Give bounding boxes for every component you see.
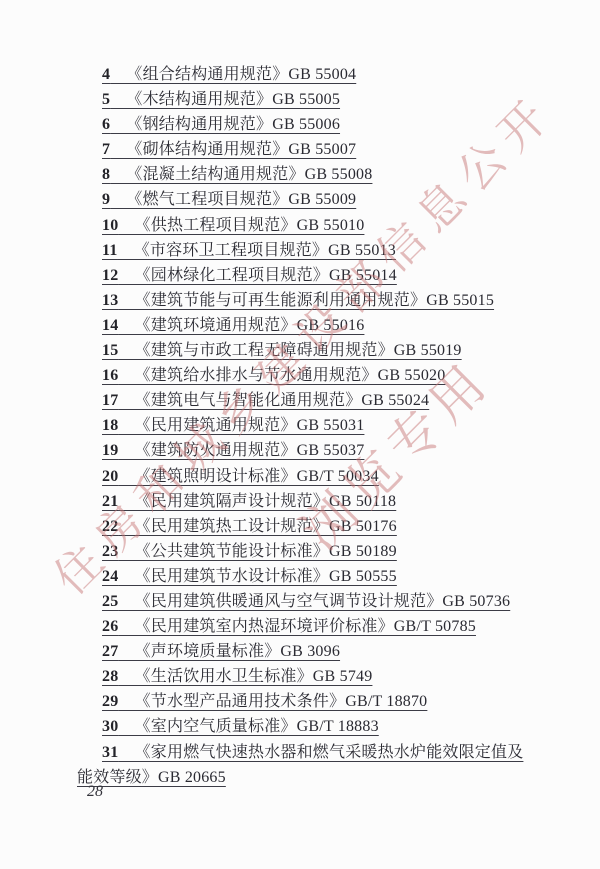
item-number: 12 [102, 267, 118, 284]
list-item: 22 《民用建筑热工设计规范》GB 50176 [77, 514, 529, 539]
list-item-line: 28 《生活饮用水卫生标准》GB 5749 [102, 668, 372, 685]
item-text: 《民用建筑节水设计标准》GB 50555 [118, 568, 396, 585]
item-text: 《民用建筑通用规范》GB 55031 [118, 417, 364, 434]
list-item-line: 14 《建筑环境通用规范》GB 55016 [102, 317, 364, 334]
item-text: 《民用建筑热工设计规范》GB 50176 [118, 518, 396, 535]
list-item-line: 29 《节水型产品通用技术条件》GB/T 18870 [102, 693, 427, 710]
list-item-line: 31 《家用燃气快速热水器和燃气采暖热水炉能效限定值及能效等级》GB 20665 [77, 744, 523, 786]
item-number: 17 [102, 392, 118, 409]
item-number: 25 [102, 593, 118, 610]
list-item: 10 《供热工程项目规范》GB 55010 [77, 213, 529, 238]
list-item: 30 《室内空气质量标准》GB/T 18883 [77, 714, 529, 739]
item-text: 《民用建筑隔声设计规范》GB 50118 [118, 493, 396, 510]
list-item: 16 《建筑给水排水与节水通用规范》GB 55020 [77, 363, 529, 388]
list-item: 27 《声环境质量标准》GB 3096 [77, 639, 529, 664]
list-item: 4 《组合结构通用规范》GB 55004 [77, 62, 529, 87]
item-number: 22 [102, 518, 118, 535]
list-item: 29 《节水型产品通用技术条件》GB/T 18870 [77, 689, 529, 714]
list-item: 28 《生活饮用水卫生标准》GB 5749 [77, 664, 529, 689]
item-text: 《节水型产品通用技术条件》GB/T 18870 [118, 693, 427, 710]
list-item-line: 18 《民用建筑通用规范》GB 55031 [102, 417, 364, 434]
item-text: 《建筑电气与智能化通用规范》GB 55024 [118, 392, 429, 409]
item-text: 《建筑给水排水与节水通用规范》GB 55020 [118, 367, 445, 384]
item-text: 《建筑环境通用规范》GB 55016 [118, 317, 364, 334]
list-item-line: 23 《公共建筑节能设计标准》GB 50189 [102, 543, 397, 560]
item-number: 7 [102, 141, 110, 158]
list-item-line: 7 《砌体结构通用规范》GB 55007 [102, 141, 356, 158]
list-item: 17 《建筑电气与智能化通用规范》GB 55024 [77, 388, 529, 413]
item-number: 11 [102, 242, 118, 259]
item-text: 《建筑照明设计标准》GB/T 50034 [118, 468, 378, 485]
list-item: 26 《民用建筑室内热湿环境评价标准》GB/T 50785 [77, 614, 529, 639]
list-item: 14 《建筑环境通用规范》GB 55016 [77, 313, 529, 338]
item-text: 《生活饮用水卫生标准》GB 5749 [118, 668, 372, 685]
list-item-line: 4 《组合结构通用规范》GB 55004 [102, 66, 356, 83]
list-item: 13 《建筑节能与可再生能源利用通用规范》GB 55015 [77, 288, 529, 313]
item-number: 14 [102, 317, 118, 334]
item-text: 《燃气工程项目规范》GB 55009 [110, 191, 356, 208]
item-number: 10 [102, 217, 118, 234]
item-text: 《钢结构通用规范》GB 55006 [110, 116, 340, 133]
item-text: 《砌体结构通用规范》GB 55007 [110, 141, 356, 158]
list-item: 20 《建筑照明设计标准》GB/T 50034 [77, 464, 529, 489]
item-number: 29 [102, 693, 118, 710]
item-number: 21 [102, 493, 118, 510]
item-number: 8 [102, 166, 110, 183]
item-text: 《家用燃气快速热水器和燃气采暖热水炉能效限定值及能效等级》GB 20665 [77, 744, 523, 786]
item-number: 23 [102, 543, 118, 560]
item-number: 16 [102, 367, 118, 384]
list-item: 11 《市容环卫工程项目规范》GB 55013 [77, 238, 529, 263]
item-text: 《民用建筑供暖通风与空气调节设计规范》GB 50736 [118, 593, 510, 610]
item-number: 28 [102, 668, 118, 685]
standards-list: 4 《组合结构通用规范》GB 550045 《木结构通用规范》GB 550056… [77, 62, 529, 790]
item-number: 13 [102, 292, 118, 309]
list-item-line: 10 《供热工程项目规范》GB 55010 [102, 217, 364, 234]
item-text: 《民用建筑室内热湿环境评价标准》GB/T 50785 [118, 618, 476, 635]
list-item-line: 8 《混凝土结构通用规范》GB 55008 [102, 166, 372, 183]
list-item-line: 6 《钢结构通用规范》GB 55006 [102, 116, 340, 133]
list-item: 5 《木结构通用规范》GB 55005 [77, 87, 529, 112]
list-item-line: 26 《民用建筑室内热湿环境评价标准》GB/T 50785 [102, 618, 476, 635]
item-number: 24 [102, 568, 118, 585]
item-text: 《组合结构通用规范》GB 55004 [110, 66, 356, 83]
list-item-line: 20 《建筑照明设计标准》GB/T 50034 [102, 468, 379, 485]
list-item-line: 17 《建筑电气与智能化通用规范》GB 55024 [102, 392, 429, 409]
list-item-line: 22 《民用建筑热工设计规范》GB 50176 [102, 518, 397, 535]
item-text: 《建筑节能与可再生能源利用通用规范》GB 55015 [118, 292, 494, 309]
item-text: 《园林绿化工程项目规范》GB 55014 [118, 267, 396, 284]
list-item-line: 27 《声环境质量标准》GB 3096 [102, 643, 340, 660]
item-number: 4 [102, 66, 110, 83]
list-item-line: 12 《园林绿化工程项目规范》GB 55014 [102, 267, 397, 284]
item-text: 《公共建筑节能设计标准》GB 50189 [118, 543, 396, 560]
item-number: 18 [102, 417, 118, 434]
item-number: 20 [102, 468, 118, 485]
list-item: 12 《园林绿化工程项目规范》GB 55014 [77, 263, 529, 288]
list-item: 9 《燃气工程项目规范》GB 55009 [77, 187, 529, 212]
list-item-line: 21 《民用建筑隔声设计规范》GB 50118 [102, 493, 396, 510]
item-number: 15 [102, 342, 118, 359]
list-item: 21 《民用建筑隔声设计规范》GB 50118 [77, 489, 529, 514]
item-text: 《市容环卫工程项目规范》GB 55013 [118, 242, 396, 259]
list-item: 8 《混凝土结构通用规范》GB 55008 [77, 162, 529, 187]
item-number: 5 [102, 91, 110, 108]
list-item-line: 16 《建筑给水排水与节水通用规范》GB 55020 [102, 367, 445, 384]
list-item: 18 《民用建筑通用规范》GB 55031 [77, 413, 529, 438]
item-number: 6 [102, 116, 110, 133]
list-item-line: 30 《室内空气质量标准》GB/T 18883 [102, 718, 379, 735]
item-text: 《声环境质量标准》GB 3096 [118, 643, 340, 660]
list-item-line: 24 《民用建筑节水设计标准》GB 50555 [102, 568, 397, 585]
item-number: 9 [102, 191, 110, 208]
list-item: 31 《家用燃气快速热水器和燃气采暖热水炉能效限定值及能效等级》GB 20665 [77, 740, 529, 790]
list-item-line: 11 《市容环卫工程项目规范》GB 55013 [102, 242, 396, 259]
list-item: 25 《民用建筑供暖通风与空气调节设计规范》GB 50736 [77, 589, 529, 614]
list-item: 23 《公共建筑节能设计标准》GB 50189 [77, 539, 529, 564]
item-text: 《建筑防火通用规范》GB 55037 [118, 442, 364, 459]
list-item: 19 《建筑防火通用规范》GB 55037 [77, 438, 529, 463]
list-item: 24 《民用建筑节水设计标准》GB 50555 [77, 564, 529, 589]
list-item-line: 9 《燃气工程项目规范》GB 55009 [102, 191, 356, 208]
list-item-line: 15 《建筑与市政工程无障碍通用规范》GB 55019 [102, 342, 462, 359]
item-number: 31 [102, 744, 118, 761]
list-item: 7 《砌体结构通用规范》GB 55007 [77, 137, 529, 162]
list-item-line: 25 《民用建筑供暖通风与空气调节设计规范》GB 50736 [102, 593, 510, 610]
document-page: 住房和城乡建设部信息公开 浏览专用 4 《组合结构通用规范》GB 550045 … [0, 0, 600, 869]
item-text: 《木结构通用规范》GB 55005 [110, 91, 340, 108]
list-item-line: 5 《木结构通用规范》GB 55005 [102, 91, 340, 108]
item-number: 27 [102, 643, 118, 660]
item-number: 26 [102, 618, 118, 635]
item-number: 19 [102, 442, 118, 459]
item-text: 《建筑与市政工程无障碍通用规范》GB 55019 [118, 342, 461, 359]
list-item-line: 13 《建筑节能与可再生能源利用通用规范》GB 55015 [102, 292, 494, 309]
item-text: 《室内空气质量标准》GB/T 18883 [118, 718, 378, 735]
list-item: 6 《钢结构通用规范》GB 55006 [77, 112, 529, 137]
item-text: 《供热工程项目规范》GB 55010 [118, 217, 364, 234]
item-text: 《混凝土结构通用规范》GB 55008 [110, 166, 372, 183]
list-item: 15 《建筑与市政工程无障碍通用规范》GB 55019 [77, 338, 529, 363]
item-number: 30 [102, 718, 118, 735]
list-item-line: 19 《建筑防火通用规范》GB 55037 [102, 442, 364, 459]
page-number: 28 [87, 783, 103, 801]
